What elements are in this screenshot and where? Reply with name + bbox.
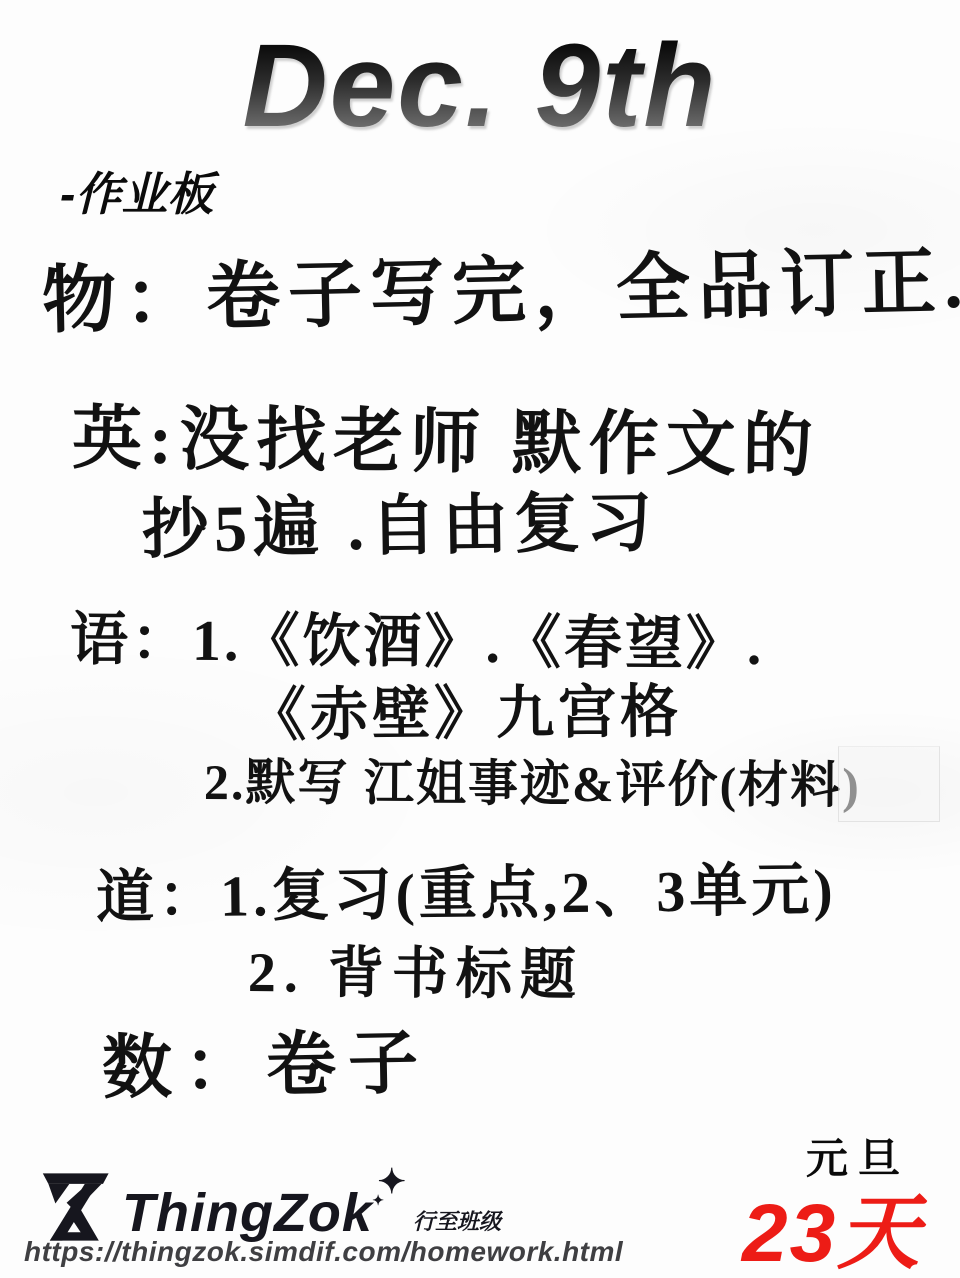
paper-artifact [838,746,940,822]
homework-line-math: 数：卷子 [101,1006,431,1113]
countdown-days-value: 23天 [742,1168,921,1278]
thingzok-logo-icon [38,1172,112,1242]
sparkle-icon-small: ✦ [372,1193,385,1208]
homework-line-morality-2: 2. 背书标题 [248,928,585,1011]
homework-line-physics: 物：卷子写完，全品订正. [41,223,960,348]
homework-line-english-2: 抄5遍 .自由复习 [141,469,658,571]
homework-line-morality-1: 道：1.复习(重点,2、3单元) [96,842,837,934]
page-subtitle: -作业板 [60,158,213,224]
brand-tagline: 行至班级 [413,1205,501,1236]
homework-board: Dec. 9th -作业板 物：卷子写完，全品订正. 英:没找老师 默作文的 抄… [0,0,960,1278]
page-title: Dec. 9th [0,18,960,154]
brand-footer: ThingZok ✦ ✦ 行至班级 [38,1172,501,1242]
thingzok-wordmark: ThingZok ✦ ✦ [122,1185,373,1242]
homework-line-chinese-2: 《赤壁》九宫格 [248,664,683,752]
homework-line-chinese-3: 2.默写 江姐事迹&评价(材料) [204,742,861,817]
homework-url: https://thingzok.simdif.com/homework.htm… [24,1236,623,1268]
